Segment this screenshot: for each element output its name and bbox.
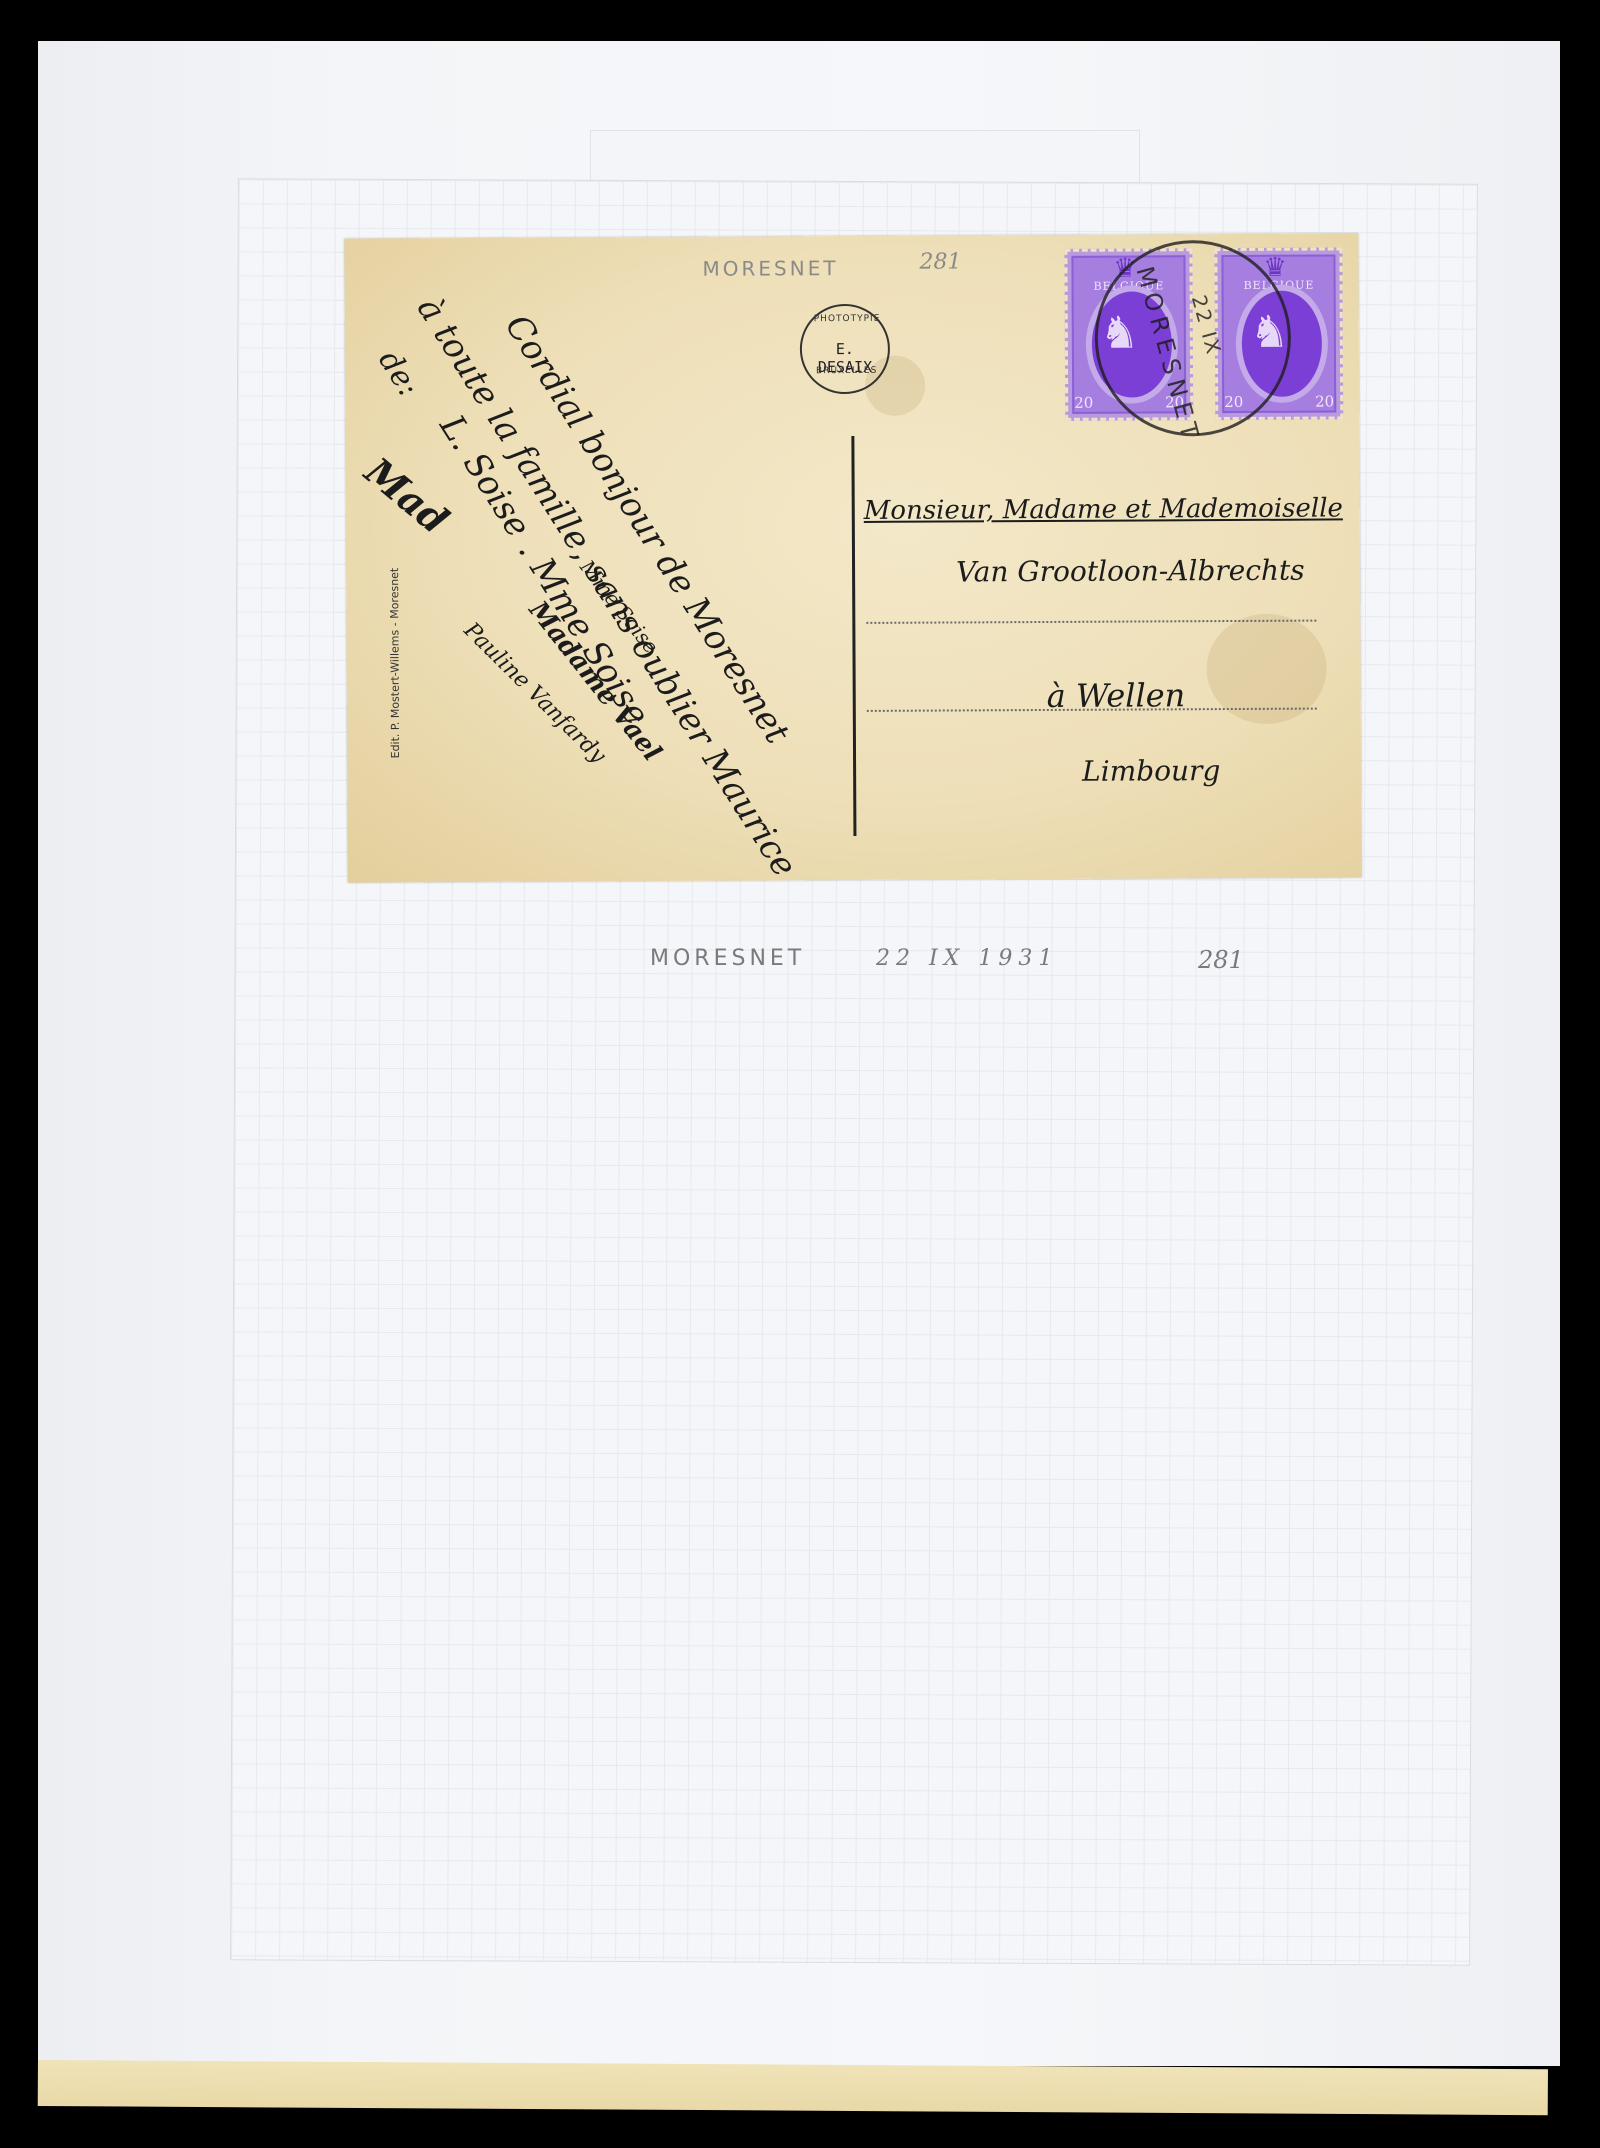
caption-date: 22 IX 1931	[876, 946, 1058, 971]
postmark-date: 22 IX	[1187, 292, 1226, 358]
postmark-cancel: MORESNET 22 IX	[1094, 240, 1291, 437]
divider-line	[851, 436, 856, 836]
caption-number: 281	[1198, 946, 1244, 974]
caption-place: MORESNET	[650, 946, 805, 971]
publisher-stamp-city: BRUXELLES	[816, 366, 877, 376]
publisher-line: Edit. P. Mostert-Willems - Moresnet	[388, 568, 402, 759]
address-line: Monsieur, Madame et Mademoiselle	[864, 493, 1343, 526]
postcard: MORESNET 281 PHOTOTYPIE E. DESAIX BRUXEL…	[344, 233, 1361, 882]
pencil-number: 281	[919, 249, 961, 274]
underlying-page	[38, 2060, 1548, 2115]
postmark-place: MORESNET	[1130, 263, 1205, 446]
message-line: de:	[371, 344, 426, 402]
address-line: Limbourg	[1082, 754, 1220, 788]
address-line: Van Grootloon-Albrechts	[956, 554, 1305, 589]
publisher-stamp: PHOTOTYPIE E. DESAIX BRUXELLES	[800, 304, 890, 394]
pencil-place: MORESNET	[702, 256, 838, 281]
publisher-stamp-top: PHOTOTYPIE	[814, 314, 881, 324]
signature: Mad	[357, 448, 458, 542]
stamp-value: 20	[1315, 392, 1334, 410]
stamp-value: 20	[1074, 394, 1093, 412]
